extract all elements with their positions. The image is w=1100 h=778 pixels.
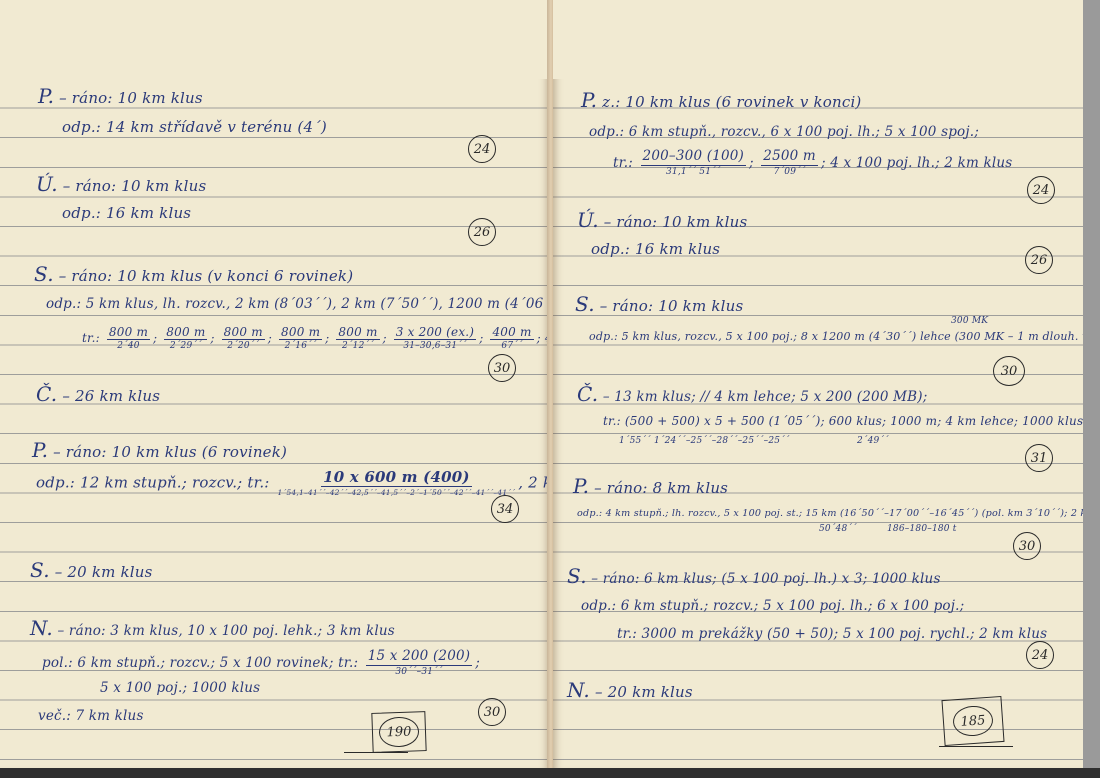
entry-line: – ráno: 10 km klus xyxy=(604,213,748,231)
daily-total: 24 xyxy=(474,142,491,157)
entry-line: odp.: 5 km klus, lh. rozcv., 2 km (8´03´… xyxy=(46,296,568,312)
entry-monday-2-morning: P. z.: 10 km klus (6 rovinek v konci) xyxy=(581,88,862,112)
entry-sunday-1-midday-cont: 5 x 100 poj.; 1000 klus xyxy=(100,680,260,696)
entry-line: odp.: 6 km stupň.; rozcv.; 5 x 100 poj. … xyxy=(581,598,964,614)
daily-total-circle: 34 xyxy=(491,495,519,523)
entry-line: – ráno: 10 km klus (6 rovinek) xyxy=(53,443,287,461)
week-total-circle: 190 xyxy=(378,716,419,747)
daily-total: 30 xyxy=(494,361,511,376)
entry-line: 5 x 100 poj.; 1000 klus xyxy=(100,680,260,696)
split-distance: 400 m xyxy=(490,326,533,340)
daily-total-circle: 24 xyxy=(1026,641,1054,669)
day-label: S. xyxy=(567,564,587,588)
split-time: 2´49´´ xyxy=(857,436,889,446)
friday-heart-rate: 186–180–180 t xyxy=(887,524,957,534)
week-total-box: 185 xyxy=(941,696,1004,746)
entry-line: več.: 7 km klus xyxy=(38,708,144,724)
track-tail: 4 x 100 poj. lh.; 2 km klus xyxy=(830,155,1012,171)
daily-total-circle: 26 xyxy=(1025,246,1053,274)
day-label: N. xyxy=(30,616,53,640)
track-label: tr.: xyxy=(613,155,633,171)
entry-line: – 20 km klus xyxy=(595,683,693,701)
entry-line: – ráno: 10 km klus xyxy=(59,89,203,107)
daily-total: 30 xyxy=(1001,364,1018,379)
entry-friday-1-morning: P. – ráno: 10 km klus (6 rovinek) xyxy=(32,438,287,462)
entry-line: tr.: 3000 m prekážky (50 + 50); 5 x 100 … xyxy=(617,626,1047,642)
entry-thursday-2-track: tr.: (500 + 500) x 5 + 500 (1´05´´); 600… xyxy=(603,414,1083,428)
entry-monday-1-afternoon: odp.: 14 km střídavě v terénu (4´) xyxy=(62,118,327,136)
entry-sunday-1-midday: pol.: 6 km stupň.; rozcv.; 5 x 100 rovin… xyxy=(42,650,480,677)
week-total: 190 xyxy=(386,724,411,740)
daily-total: 26 xyxy=(474,225,491,240)
daily-total-circle: 30 xyxy=(1013,532,1041,560)
entry-line: – ráno: 3 km klus, 10 x 100 poj. lehk.; … xyxy=(57,623,394,639)
day-label: S. xyxy=(575,292,595,316)
split-fraction: 3 x 200 (ex.)31–30,6–31´´ xyxy=(394,326,476,351)
day-label: S. xyxy=(34,262,54,286)
week-total-underline xyxy=(939,746,1013,747)
entry-friday-1-afternoon: odp.: 12 km stupň.; rozcv.; tr.: 10 x 60… xyxy=(36,470,604,497)
scan-bottom-edge xyxy=(0,768,1100,778)
entry-line: odp.: 14 km střídavě v terénu (4´) xyxy=(62,118,327,136)
entry-tuesday-1-afternoon: odp.: 16 km klus xyxy=(62,204,191,222)
entry-tuesday-2-morning: Ú. – ráno: 10 km klus xyxy=(577,208,747,232)
day-label: Č. xyxy=(36,382,57,406)
split-distance: 800 m xyxy=(336,326,379,340)
entry-line: odp.: 4 km stupň.; lh. rozcv., 5 x 100 p… xyxy=(577,508,1100,519)
entry-line: pol.: 6 km stupň.; rozcv.; 5 x 100 rovin… xyxy=(42,655,358,671)
entry-sunday-2: N. – 20 km klus xyxy=(567,678,693,702)
entry-line: – 13 km klus; // 4 km lehce; 5 x 200 (20… xyxy=(603,389,928,405)
split-time: 50´48´´ xyxy=(819,524,857,534)
entry-line: – ráno: 10 km klus xyxy=(63,177,207,195)
entry-tuesday-1-morning: Ú. – ráno: 10 km klus xyxy=(36,172,206,196)
interval-splits: 30´´–31´´ xyxy=(395,666,442,677)
split-fraction: 800 m2´29´´ xyxy=(164,326,207,351)
day-label: P. xyxy=(573,474,589,498)
annotation-text: 300 MK xyxy=(951,316,988,326)
friday-split-time: 50´48´´ xyxy=(819,524,857,534)
day-label: Č. xyxy=(577,382,598,406)
entry-wednesday-1-morning: S. – ráno: 10 km klus (v konci 6 rovinek… xyxy=(34,262,353,286)
entry-line: – ráno: 8 km klus xyxy=(594,479,728,497)
daily-total: 31 xyxy=(1031,451,1048,466)
split-fraction: 800 m2´20´´ xyxy=(222,326,265,351)
entry-saturday-2-afternoon: odp.: 6 km stupň.; rozcv.; 5 x 100 poj. … xyxy=(581,598,964,614)
daily-total: 34 xyxy=(497,502,514,517)
interval-splits: 1´54,1–41´´–42´´–42,5´´–41,5´´–2´–1´50´´… xyxy=(278,487,516,497)
split-distance: 800 m xyxy=(164,326,207,340)
week-total-underline xyxy=(344,752,408,753)
entry-sunday-1-evening: več.: 7 km klus xyxy=(38,708,144,724)
entry-line: – 20 km klus xyxy=(55,563,153,581)
week-total-circle: 185 xyxy=(952,705,994,738)
day-label: Ú. xyxy=(36,172,58,196)
interval-workout: 15 x 200 (200) xyxy=(366,650,473,666)
split-time: 2´12´´ xyxy=(342,340,374,351)
entry-line: odp.: 16 km klus xyxy=(591,240,720,258)
entry-tuesday-2-afternoon: odp.: 16 km klus xyxy=(591,240,720,258)
entry-wednesday-1-afternoon: odp.: 5 km klus, lh. rozcv., 2 km (8´03´… xyxy=(46,296,568,312)
daily-total: 30 xyxy=(1019,539,1036,554)
daily-total-circle: 30 xyxy=(993,356,1025,386)
week-total: 185 xyxy=(960,713,986,730)
daily-total-circle: 30 xyxy=(478,698,506,726)
entry-line: – 26 km klus xyxy=(62,387,160,405)
entry-saturday-2-morning: S. – ráno: 6 km klus; (5 x 100 poj. lh.)… xyxy=(567,564,941,588)
daily-total-circle: 24 xyxy=(1027,176,1055,204)
day-label: P. xyxy=(32,438,48,462)
entry-saturday-2-track: tr.: 3000 m prekážky (50 + 50); 5 x 100 … xyxy=(617,626,1047,642)
split-fraction: 200–300 (100)31,1´´ 51´´ xyxy=(641,150,746,177)
entry-line: – ráno: 6 km klus; (5 x 100 poj. lh.) x … xyxy=(591,571,940,587)
daily-total-circle: 31 xyxy=(1025,444,1053,472)
split-fraction: 400 m67´´ xyxy=(490,326,533,351)
scan-background-edge xyxy=(1083,0,1100,770)
track-label: tr.: xyxy=(82,331,100,345)
interval-workout: 10 x 600 m (400) xyxy=(321,470,472,487)
split-time: 2´20´´ xyxy=(227,340,259,351)
split-distance: 2500 m xyxy=(761,150,818,166)
split-distance: 800 m xyxy=(279,326,322,340)
track-session: tr.: 800 m2´40; 800 m2´29´´; 800 m2´20´´… xyxy=(82,326,595,351)
day-label: S. xyxy=(30,558,50,582)
week-total-box: 190 xyxy=(371,711,426,753)
annotation-above: 300 MK xyxy=(951,316,988,326)
split-distance: 800 m xyxy=(107,326,150,340)
left-page: P. – ráno: 10 km klus odp.: 14 km střída… xyxy=(0,0,549,770)
daily-total-circle: 24 xyxy=(468,135,496,163)
split-time: 31,1´´ 51´´ xyxy=(666,166,721,177)
split-time: 67´´ xyxy=(501,340,522,351)
split-time: 1´55´´ 1´24´´–25´´–28´´–25´´–25´´ xyxy=(619,436,790,446)
interval-fraction: 15 x 200 (200)30´´–31´´ xyxy=(366,650,473,677)
daily-total-circle: 26 xyxy=(468,218,496,246)
entry-wednesday-2-afternoon: odp.: 5 km klus, rozcv., 5 x 100 poj.; 8… xyxy=(589,330,1100,343)
thursday-splits: 1´55´´ 1´24´´–25´´–28´´–25´´–25´´ 2´49´´ xyxy=(619,436,889,446)
split-time: 2´40 xyxy=(117,340,139,351)
entry-line: – ráno: 10 km klus xyxy=(600,297,744,315)
split-distance: 800 m xyxy=(222,326,265,340)
entry-monday-1-morning: P. – ráno: 10 km klus xyxy=(38,84,203,108)
day-label: P. xyxy=(38,84,54,108)
entry-line: – ráno: 10 km klus (v konci 6 rovinek) xyxy=(59,267,354,285)
entry-line: tr.: (500 + 500) x 5 + 500 (1´05´´); 600… xyxy=(603,414,1083,428)
split-time: 2´29´´ xyxy=(170,340,202,351)
track-session: tr.: 200–300 (100)31,1´´ 51´´; 2500 m7´0… xyxy=(613,150,1012,177)
entry-line: odp.: 6 km stupň., rozcv., 6 x 100 poj. … xyxy=(589,124,979,140)
split-distance: 200–300 (100) xyxy=(641,150,746,166)
entry-saturday-1: S. – 20 km klus xyxy=(30,558,153,582)
right-page: P. z.: 10 km klus (6 rovinek v konci) od… xyxy=(553,0,1083,770)
sub-note: 186–180–180 t xyxy=(887,524,957,534)
open-notebook: P. – ráno: 10 km klus odp.: 14 km střída… xyxy=(0,0,1100,770)
split-time: 2´16´´ xyxy=(285,340,317,351)
entry-wednesday-2-morning: S. – ráno: 10 km klus xyxy=(575,292,743,316)
day-label: P. xyxy=(581,88,597,112)
entry-monday-2-afternoon: odp.: 6 km stupň., rozcv., 6 x 100 poj. … xyxy=(589,124,979,140)
split-fraction: 800 m2´16´´ xyxy=(279,326,322,351)
entry-line: odp.: 5 km klus, rozcv., 5 x 100 poj.; 8… xyxy=(589,330,1100,343)
daily-total: 26 xyxy=(1031,253,1048,268)
split-time: 31–30,6–31´´ xyxy=(403,340,466,351)
split-fraction: 2500 m7´09´´ xyxy=(761,150,818,177)
entry-thursday-1: Č. – 26 km klus xyxy=(36,382,160,406)
daily-total: 24 xyxy=(1033,183,1050,198)
entry-thursday-2-main: Č. – 13 km klus; // 4 km lehce; 5 x 200 … xyxy=(577,382,927,406)
day-label: Ú. xyxy=(577,208,599,232)
entry-line: odp.: 12 km stupň.; rozcv.; tr.: xyxy=(36,473,270,491)
daily-total: 30 xyxy=(484,705,501,720)
entry-sunday-1-morning: N. – ráno: 3 km klus, 10 x 100 poj. lehk… xyxy=(30,616,395,640)
entry-line: z.: 10 km klus (6 rovinek v konci) xyxy=(602,93,861,111)
daily-total: 24 xyxy=(1032,648,1049,663)
day-label: N. xyxy=(567,678,590,702)
split-fraction: 800 m2´12´´ xyxy=(336,326,379,351)
entry-friday-2-afternoon: odp.: 4 km stupň.; lh. rozcv., 5 x 100 p… xyxy=(577,508,1100,519)
entry-friday-2-morning: P. – ráno: 8 km klus xyxy=(573,474,728,498)
split-fraction: 800 m2´40 xyxy=(107,326,150,351)
split-time: 7´09´´ xyxy=(774,166,806,177)
interval-fraction: 10 x 600 m (400)1´54,1–41´´–42´´–42,5´´–… xyxy=(278,470,516,497)
split-distance: 3 x 200 (ex.) xyxy=(394,326,476,340)
daily-total-circle: 30 xyxy=(488,354,516,382)
entry-line: odp.: 16 km klus xyxy=(62,204,191,222)
